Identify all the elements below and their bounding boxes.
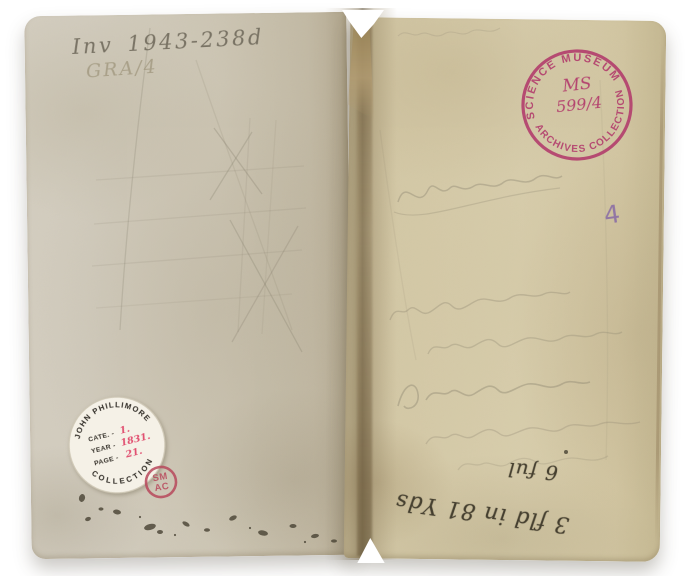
manuscript-number: MS 599/4 <box>541 72 616 135</box>
smac-stamp: SM AC <box>139 460 183 504</box>
photo-of-open-notebook: Inv 1943-238d GRA/4 JOHN PHILLIMORE COLL… <box>0 0 690 576</box>
smac-stamp-line2: AC <box>154 481 170 494</box>
